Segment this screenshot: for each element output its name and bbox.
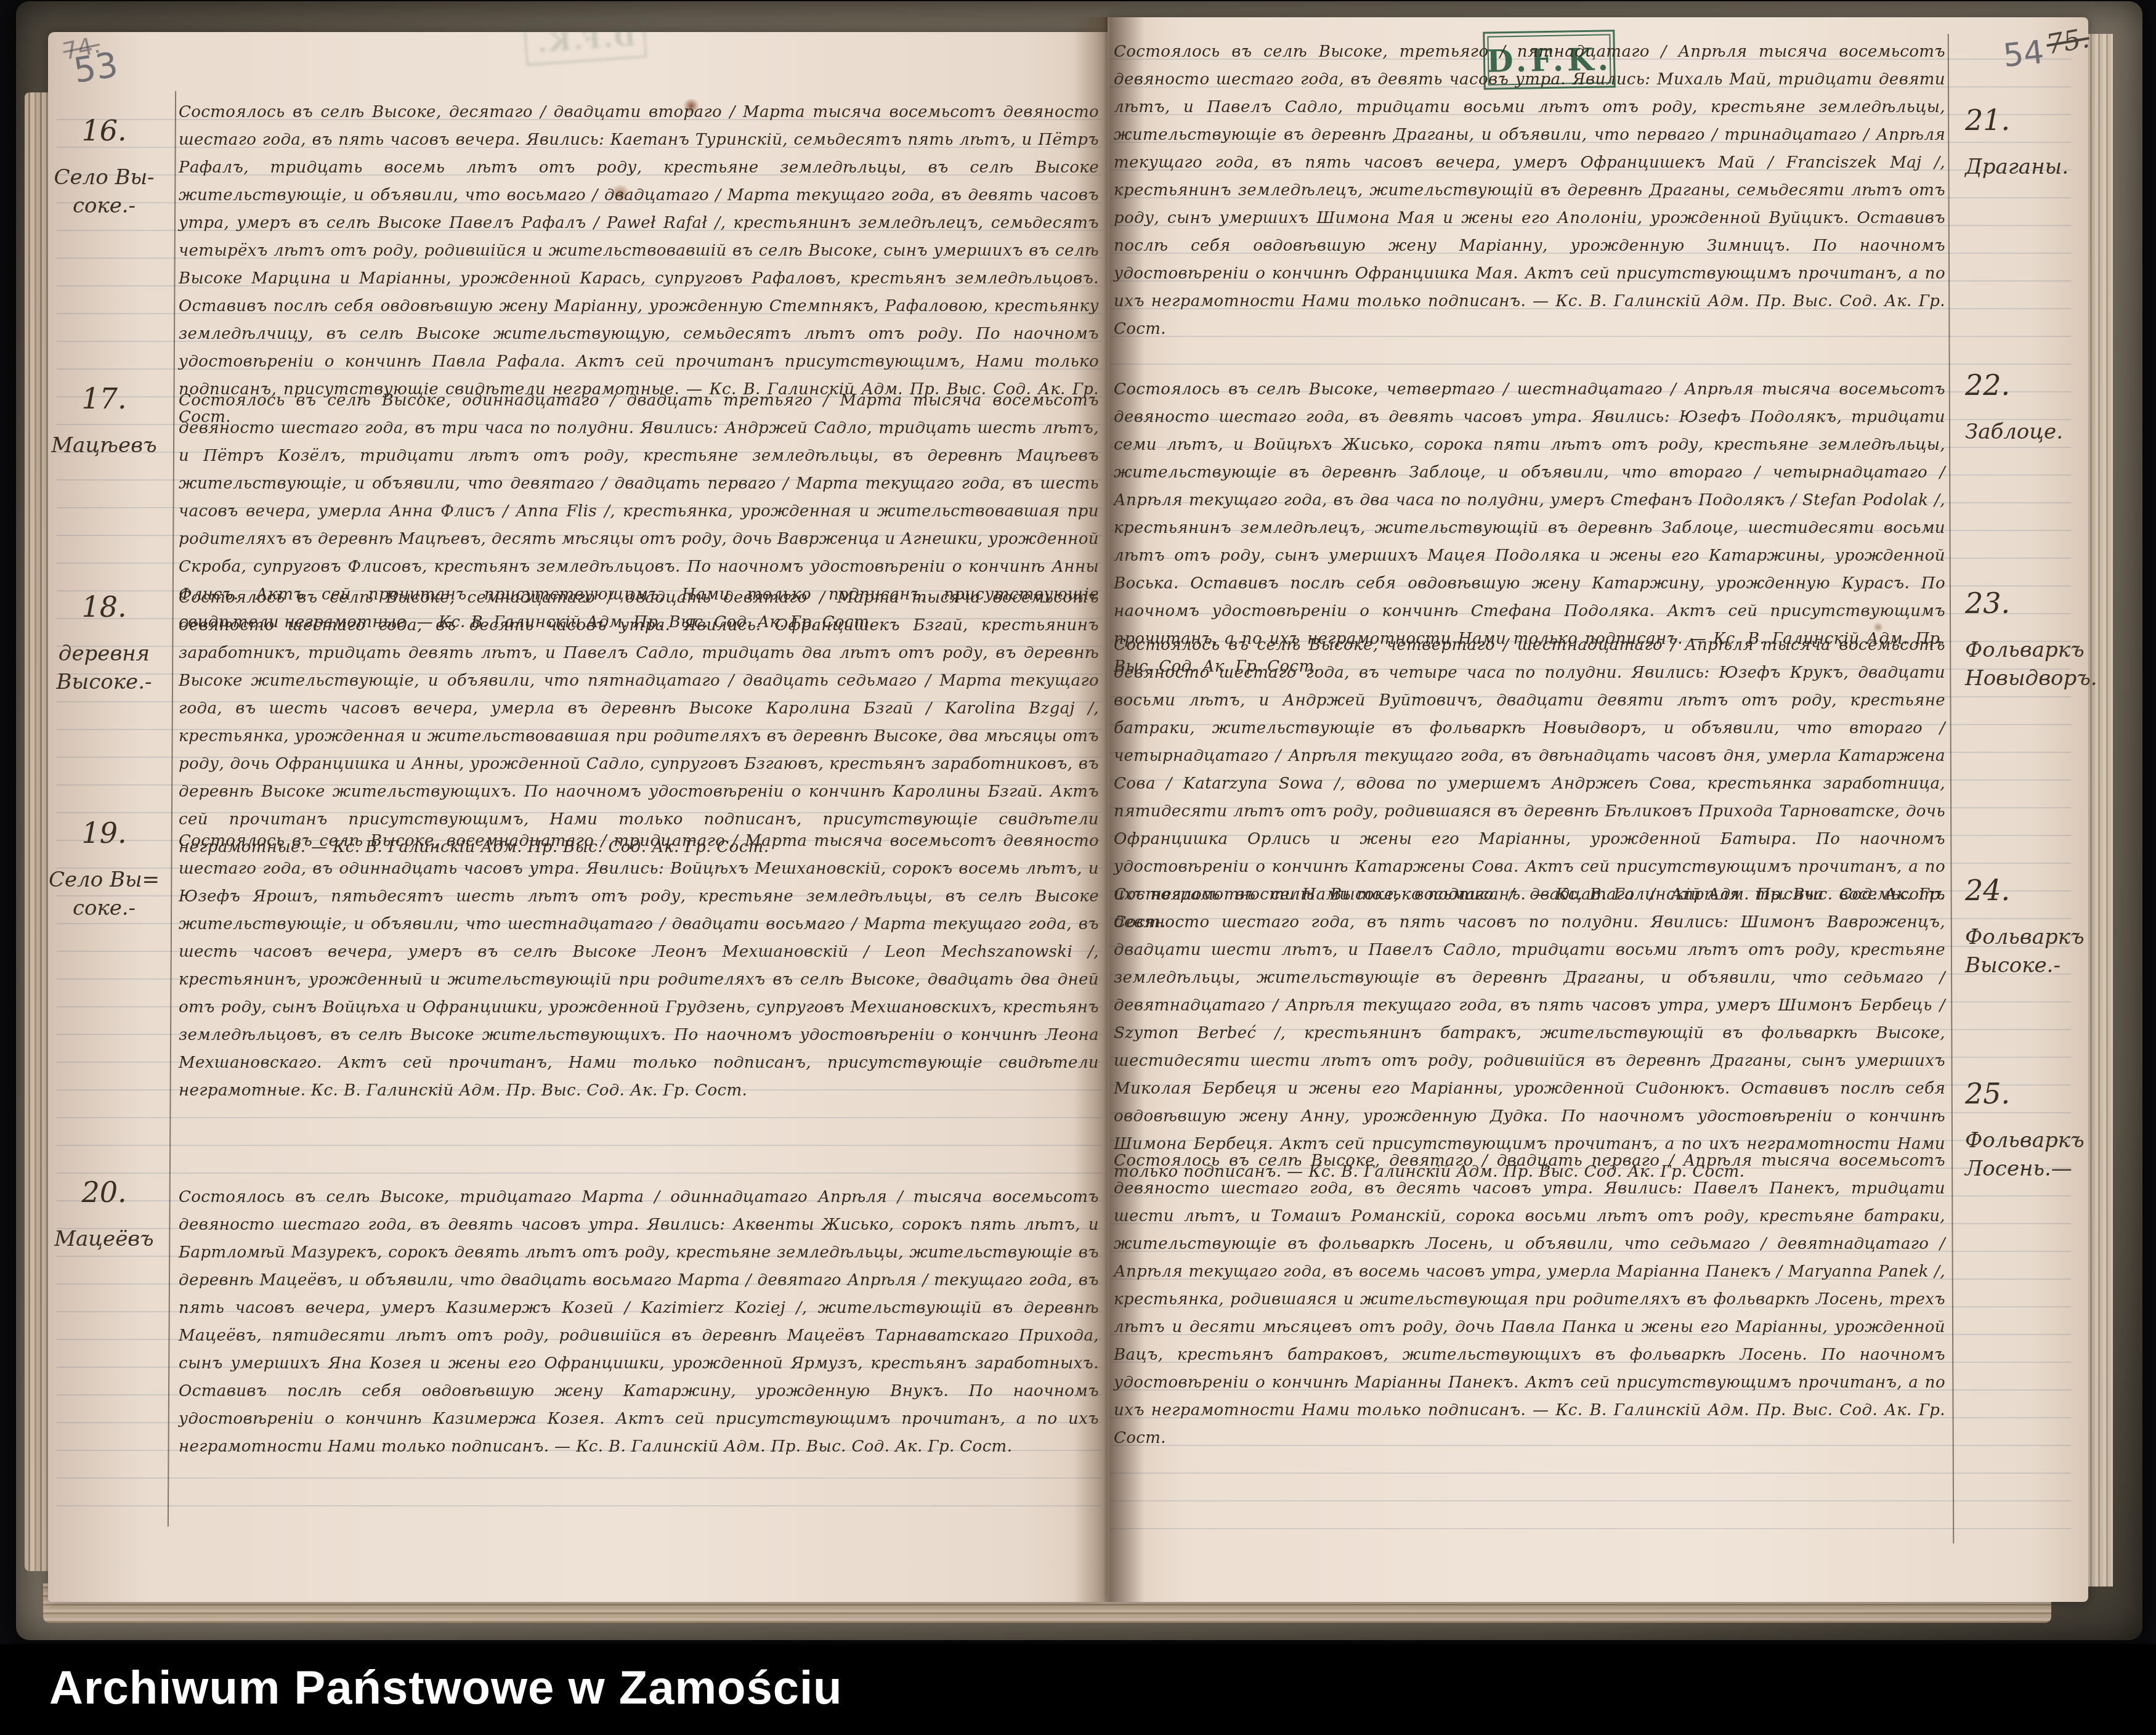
entry-place: Фольваркъ Лосень.—: [1965, 1126, 2097, 1183]
death-record-entry-20: Состоялось въ селѣ Высоке, тридцатаго Ма…: [179, 1184, 1099, 1461]
entry-number: 19.: [38, 816, 170, 850]
entry-22-margin: 22. Заблоце.: [1960, 368, 2097, 446]
entry-number: 17.: [38, 382, 170, 415]
entry-number: 24.: [1965, 874, 2097, 907]
entry-25-margin: 25. Фольваркъ Лосень.—: [1960, 1077, 2097, 1183]
entry-17-margin: 17. Мацѣевъ: [38, 382, 170, 460]
entry-16-margin: 16. Село Вы- соке.-: [38, 114, 170, 220]
death-record-entry-21: Состоялось въ селѣ Высоке, третьяго / пя…: [1114, 38, 1945, 343]
entry-number: 20.: [38, 1176, 170, 1209]
archival-scan: 74. 53 D.F.K. 16. Село Вы- соке.- Состоя…: [0, 0, 2156, 1735]
death-record-entry-25: Состоялось въ селѣ Высоке, девятаго / дв…: [1114, 1147, 1945, 1452]
page-stack-right-edge: [2087, 34, 2113, 1587]
stamp-offset-ghost: D.F.K.: [524, 14, 647, 66]
entry-23-margin: 23. Фольваркъ Новыдворъ.: [1960, 587, 2097, 693]
entry-place: Село Вы- соке.-: [38, 163, 170, 220]
entry-21-margin: 21. Драганы.: [1960, 104, 2097, 181]
entry-place: Село Вы= соке.-: [38, 866, 170, 922]
entry-18-margin: 18. деревня Высоке.-: [38, 590, 170, 696]
entry-place: Мацеёвъ: [38, 1225, 170, 1253]
death-record-entry-24: Состоялось въ селѣ Высоке, восьмаго / дв…: [1114, 881, 1945, 1186]
archive-caption-bar: Archiwum Państwowe w Zamościu: [0, 1644, 2156, 1735]
entry-19-margin: 19. Село Вы= соке.-: [38, 816, 170, 922]
entry-number: 16.: [38, 114, 170, 147]
entry-place: Мацѣевъ: [38, 431, 170, 460]
entry-place: Заблоце.: [1965, 418, 2097, 446]
entry-number: 25.: [1965, 1077, 2097, 1110]
entry-place: Фольваркъ Высоке.-: [1965, 923, 2097, 980]
entry-number: 18.: [38, 590, 170, 624]
right-page-number: 54: [2001, 34, 2046, 75]
entry-place: деревня Высоке.-: [38, 640, 170, 696]
death-record-entry-16: Состоялось въ селѣ Высоке, десятаго / дв…: [179, 99, 1099, 431]
left-page-number: 53: [71, 45, 121, 91]
entry-number: 23.: [1965, 587, 2097, 620]
entry-number: 22.: [1965, 368, 2097, 402]
entry-place: Драганы.: [1965, 153, 2097, 181]
entry-place: Фольваркъ Новыдворъ.: [1965, 636, 2097, 693]
entry-number: 21.: [1965, 104, 2097, 137]
entry-24-margin: 24. Фольваркъ Высоке.-: [1960, 874, 2097, 980]
death-record-entry-18: Состоялось въ селѣ Высоке, семнадцатаго …: [179, 584, 1099, 861]
entry-20-margin: 20. Мацеёвъ: [38, 1176, 170, 1253]
death-record-entry-19: Состоялось въ селѣ Высоке, восемнадцатаг…: [179, 827, 1099, 1105]
archive-caption: Archiwum Państwowe w Zamościu: [49, 1644, 843, 1733]
